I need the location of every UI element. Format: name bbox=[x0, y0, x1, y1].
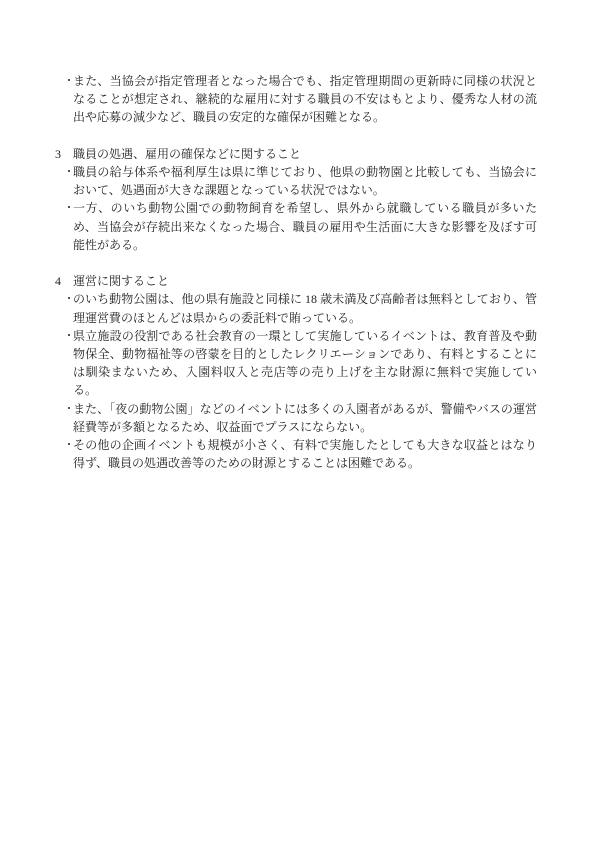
bullet-marker: ・ bbox=[63, 436, 75, 454]
bullet-marker: ・ bbox=[63, 199, 75, 217]
section-title: 職員の処遇、雇用の確保などに関すること bbox=[73, 147, 301, 161]
list-item: ・ のいち動物公園は、他の県有施設と同様に 18 歳未満及び高齢者は無料としてお… bbox=[73, 290, 537, 326]
section-number: 3 bbox=[55, 145, 73, 163]
intro-bullet-group: ・ また、当協会が指定管理者となった場合でも、指定管理期間の更新時に同様の状況と… bbox=[73, 72, 537, 127]
bullet-text: 職員の給与体系や福利厚生は県に準じており、他県の動物園と比較しても、当協会におい… bbox=[73, 165, 537, 197]
bullet-text: 一方、のいち動物公園での動物飼育を希望し、県外から就職している職員が多いため、当… bbox=[73, 201, 537, 251]
document-body: ・ また、当協会が指定管理者となった場合でも、指定管理期間の更新時に同様の状況と… bbox=[73, 72, 537, 472]
list-item: ・ 一方、のいち動物公園での動物飼育を希望し、県外から就職している職員が多いため… bbox=[73, 199, 537, 254]
bullet-marker: ・ bbox=[63, 327, 75, 345]
section-4: 4運営に関すること ・ のいち動物公園は、他の県有施設と同様に 18 歳未満及び… bbox=[73, 272, 537, 472]
bullet-text: その他の企画イベントも規模が小さく、有料で実施したとしても大きな収益とはなり得ず… bbox=[73, 438, 537, 470]
bullet-text: 県立施設の役割である社会教育の一環として実施しているイベントは、教育普及や動物保… bbox=[73, 329, 537, 398]
bullet-text: また、当協会が指定管理者となった場合でも、指定管理期間の更新時に同様の状況となる… bbox=[73, 74, 537, 124]
section-heading: 4運営に関すること bbox=[55, 272, 537, 290]
bullet-text: また、「夜の動物公園」などのイベントには多くの入園者があるが、警備やバスの運営経… bbox=[73, 402, 537, 434]
list-item: ・ 県立施設の役割である社会教育の一環として実施しているイベントは、教育普及や動… bbox=[73, 327, 537, 400]
bullet-text: のいち動物公園は、他の県有施設と同様に 18 歳未満及び高齢者は無料としており、… bbox=[73, 292, 537, 324]
list-item: ・ 職員の給与体系や福利厚生は県に準じており、他県の動物園と比較しても、当協会に… bbox=[73, 163, 537, 199]
bullet-marker: ・ bbox=[63, 290, 75, 308]
bullet-marker: ・ bbox=[63, 72, 75, 90]
bullet-marker: ・ bbox=[63, 163, 75, 181]
list-item: ・ また、当協会が指定管理者となった場合でも、指定管理期間の更新時に同様の状況と… bbox=[73, 72, 537, 127]
section-number: 4 bbox=[55, 272, 73, 290]
section-title: 運営に関すること bbox=[73, 274, 169, 288]
document-page: ・ また、当協会が指定管理者となった場合でも、指定管理期間の更新時に同様の状況と… bbox=[0, 0, 595, 842]
section-3: 3職員の処遇、雇用の確保などに関すること ・ 職員の給与体系や福利厚生は県に準じ… bbox=[73, 145, 537, 254]
list-item: ・ また、「夜の動物公園」などのイベントには多くの入園者があるが、警備やバスの運… bbox=[73, 400, 537, 436]
section-heading: 3職員の処遇、雇用の確保などに関すること bbox=[55, 145, 537, 163]
list-item: ・ その他の企画イベントも規模が小さく、有料で実施したとしても大きな収益とはなり… bbox=[73, 436, 537, 472]
bullet-marker: ・ bbox=[63, 400, 75, 418]
